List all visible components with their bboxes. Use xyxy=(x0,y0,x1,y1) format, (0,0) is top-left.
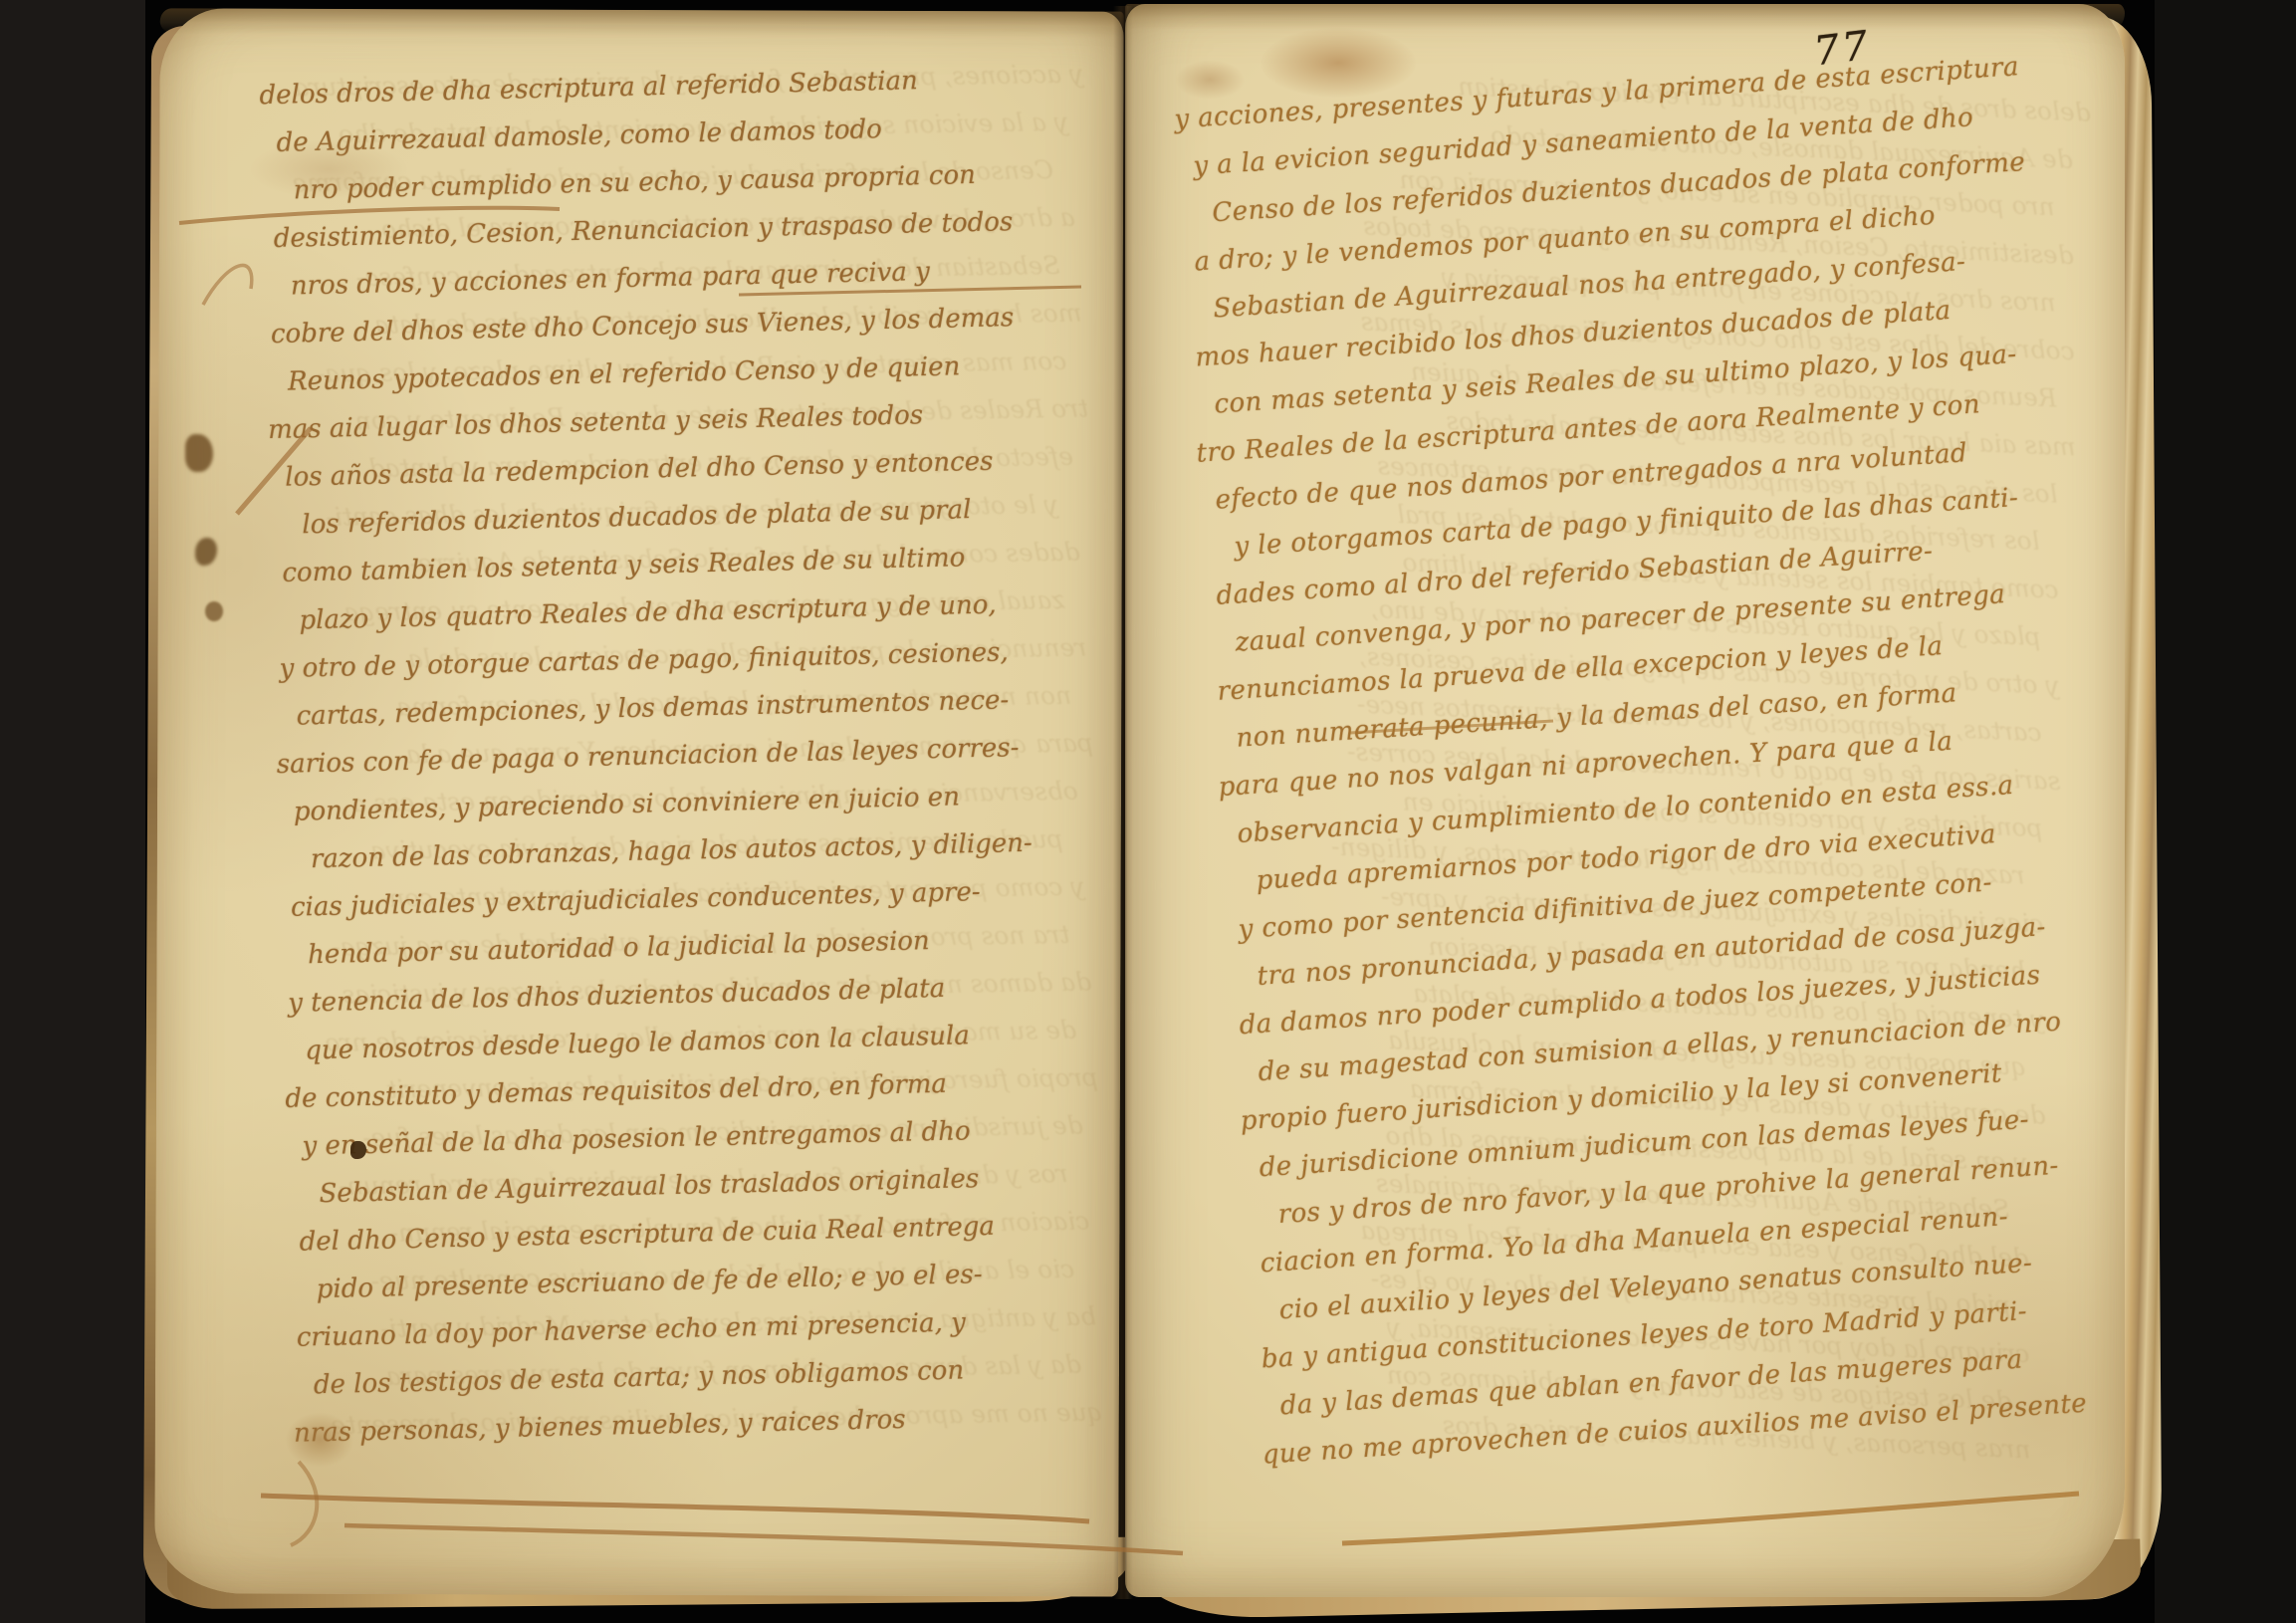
edge-ink-blot xyxy=(205,601,223,621)
background-left-strip xyxy=(0,0,145,1623)
paper-stain-top-secondary xyxy=(1175,60,1245,100)
edge-ink-blot xyxy=(185,434,213,472)
right-page-text: y acciones, presentes y futuras y la pri… xyxy=(1181,39,2173,1479)
bottom-left-smudge xyxy=(285,1412,354,1468)
folio-number: 77 xyxy=(1811,23,1873,76)
paper-stain-top xyxy=(1261,28,1416,98)
corner-bleedthrough-mark xyxy=(249,139,408,199)
background-right-strip xyxy=(2155,0,2296,1623)
manuscript-photo: y acciones, presentes y futuras y la pri… xyxy=(0,0,2296,1623)
left-page-text: delos dros de dha escriptura al referido… xyxy=(267,52,1154,1457)
